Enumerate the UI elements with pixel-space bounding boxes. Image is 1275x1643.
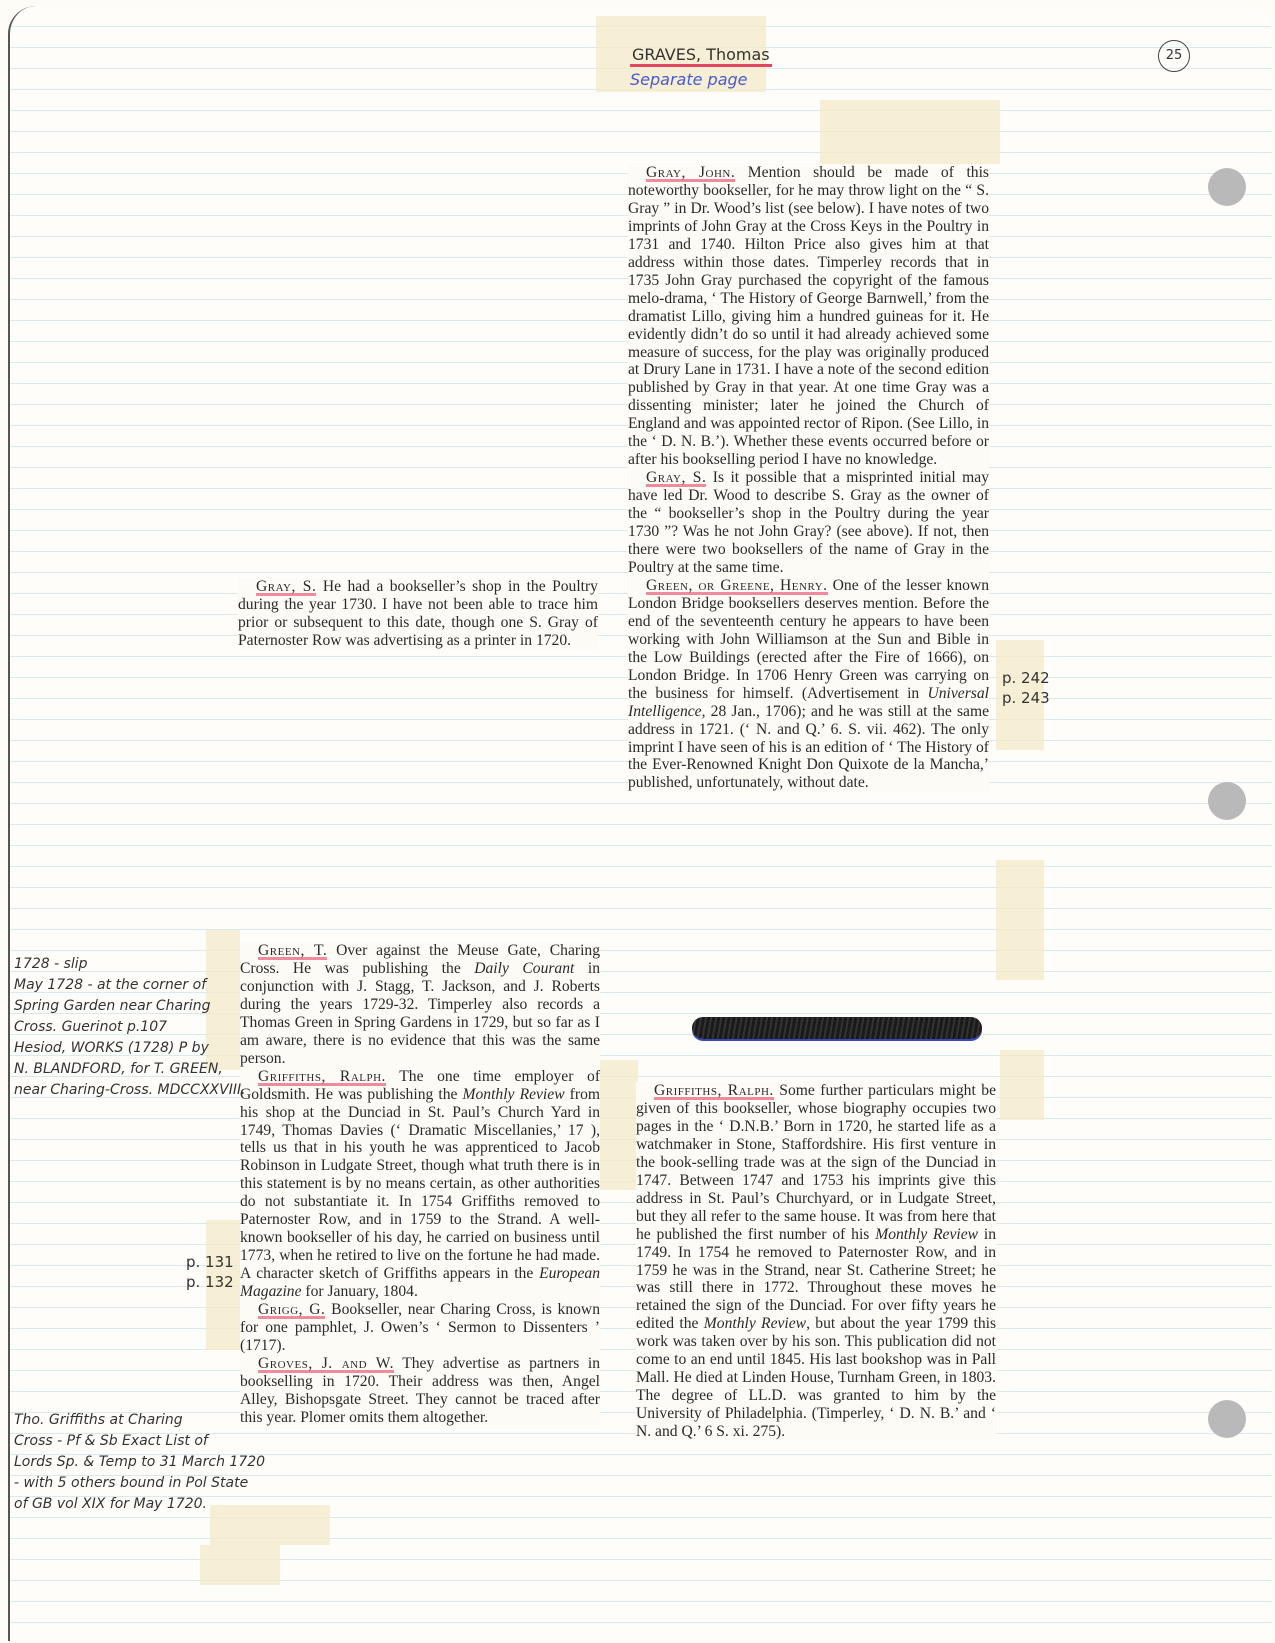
binder-hole <box>1208 782 1246 820</box>
page-number: 25 <box>1158 40 1190 72</box>
clipping-gray-john: Gray, John. Mention should be made of th… <box>628 164 989 792</box>
page-refs-henry: p. 242 p. 243 <box>1002 668 1050 708</box>
tape <box>1000 1050 1044 1120</box>
header-name: GRAVES, Thomas <box>630 45 772 67</box>
margin-note-green-t: 1728 - slip May 1728 - at the corner of … <box>14 954 246 1101</box>
tape <box>600 1060 638 1190</box>
header-subnote: Separate page <box>630 70 772 89</box>
headword: Griffiths, Ralph. <box>258 1068 386 1086</box>
tape <box>200 1545 280 1585</box>
tape <box>996 860 1044 980</box>
headword: Green, T. <box>258 942 327 960</box>
clipping-griffiths-further: Griffiths, Ralph. Some further particula… <box>636 1082 996 1441</box>
margin-note-griffiths: Tho. Griffiths at Charing Cross - Pf & S… <box>14 1410 265 1515</box>
headword: Gray, S. <box>646 469 706 487</box>
headword: Griffiths, Ralph. <box>654 1082 774 1100</box>
headword: Gray, John. <box>646 164 735 182</box>
header-note: GRAVES, Thomas Separate page <box>630 45 772 89</box>
crossed-out-heading <box>692 1017 982 1039</box>
binder-hole <box>1208 168 1246 206</box>
tape <box>820 100 1000 164</box>
headword: Grigg, G. <box>258 1301 325 1319</box>
binder-hole <box>1208 1400 1246 1438</box>
clipping-green-griffiths: Green, T. Over against the Meuse Gate, C… <box>240 942 600 1427</box>
headword: Groves, J. and W. <box>258 1355 394 1373</box>
clipping-gray-s: Gray, S. He had a bookseller’s shop in t… <box>238 578 598 650</box>
headword: Green, or Greene, Henry. <box>646 577 828 595</box>
headword: Gray, S. <box>256 578 316 596</box>
page-refs-griffiths: p. 131 p. 132 <box>186 1252 234 1292</box>
